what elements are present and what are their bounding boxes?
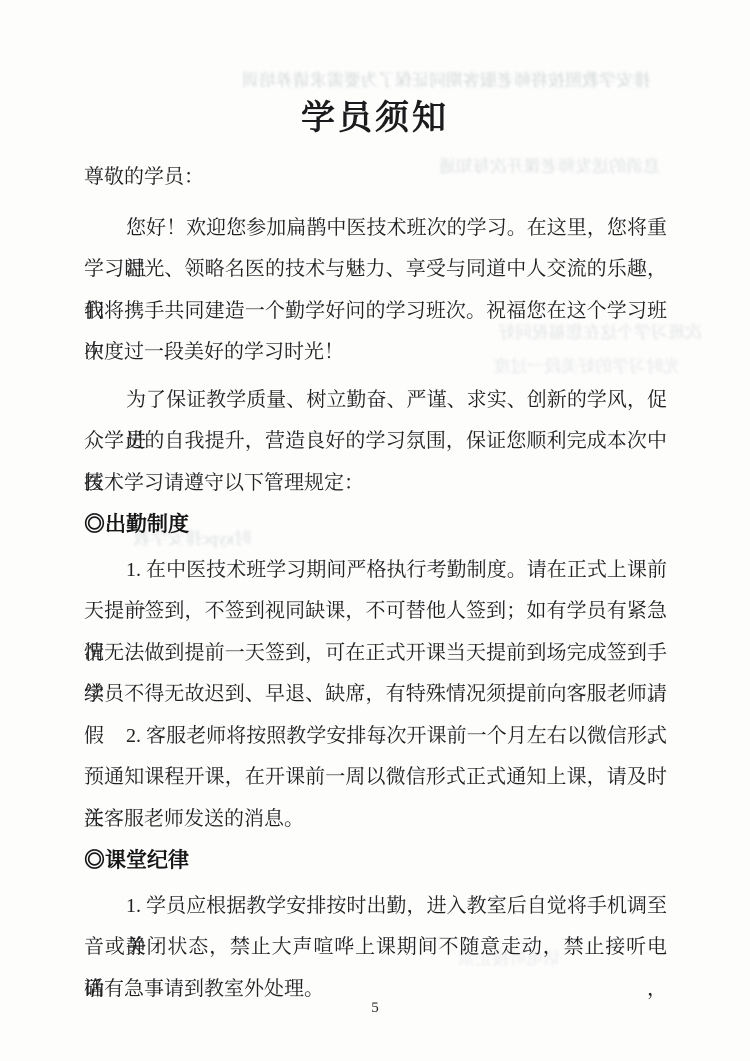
text-line: 您好！欢迎您参加扁鹊中医技术班次的学习。在这里，您将重温 bbox=[84, 208, 667, 250]
section-heading-attendance: ◎出勤制度 bbox=[84, 504, 667, 546]
document-body: 尊敬的学员： 您好！欢迎您参加扁鹊中医技术班次的学习。在这里，您将重温 学习时光… bbox=[84, 157, 667, 1010]
text-line: 1. 学员应根据教学安排按时出勤，进入教室后自觉将手机调至静 bbox=[84, 886, 667, 928]
bleedthrough-artifact: 排安学教照按将师老服客期同证保了为要需求请养培训 bbox=[95, 66, 650, 91]
salutation: 尊敬的学员： bbox=[84, 157, 667, 199]
document-page: 排安学教照按将师老服客期同证保了为要需求请养培训 息消的送发师老课开次每知通 次… bbox=[0, 0, 750, 1061]
text-line: 学员不得无故迟到、早退、缺席，有特殊情况须提前向客服老师请假。 bbox=[84, 674, 667, 716]
text-line: 学习时光、领略名医的技术与魅力、享受与同道中人交流的乐趣，我 bbox=[84, 249, 667, 291]
text-line: 2. 客服老师将按照教学安排每次开课前一个月左右以微信形式 bbox=[84, 716, 667, 758]
text-line: 为了保证教学质量、树立勤奋、严谨、求实、创新的学风，促进 bbox=[84, 380, 667, 422]
text-line: 音或关闭状态，禁止大声喧哗上课期间不随意走动，禁止接听电话， bbox=[84, 927, 667, 969]
page-number: 5 bbox=[0, 1000, 750, 1017]
text-line: 众学员的自我提升，营造良好的学习氛围，保证您顺利完成本次中医 bbox=[84, 421, 667, 463]
text-line: 况无法做到提前一天签到，可在正式开课当天提前到场完成签到手续。 bbox=[84, 633, 667, 675]
text-line: 1. 在中医技术班学习期间严格执行考勤制度。请在正式上课前一 bbox=[84, 550, 667, 592]
text-line: 预通知课程开课，在开课前一周以微信形式正式通知上课，请及时关 bbox=[84, 757, 667, 799]
text-line: 技术学习请遵守以下管理规定： bbox=[84, 463, 667, 505]
text-line: 天提前签到，不签到视同缺课，不可替他人签到；如有学员有紧急情 bbox=[84, 591, 667, 633]
text-line: 注客服老师发送的消息。 bbox=[84, 799, 667, 841]
text-line: 中度过一段美好的学习时光！ bbox=[84, 332, 667, 374]
section-heading-classroom: ◎课堂纪律 bbox=[84, 840, 667, 882]
text-line: 们将携手共同建造一个勤学好问的学习班次。祝福您在这个学习班次 bbox=[84, 291, 667, 333]
page-title: 学员须知 bbox=[0, 90, 750, 139]
